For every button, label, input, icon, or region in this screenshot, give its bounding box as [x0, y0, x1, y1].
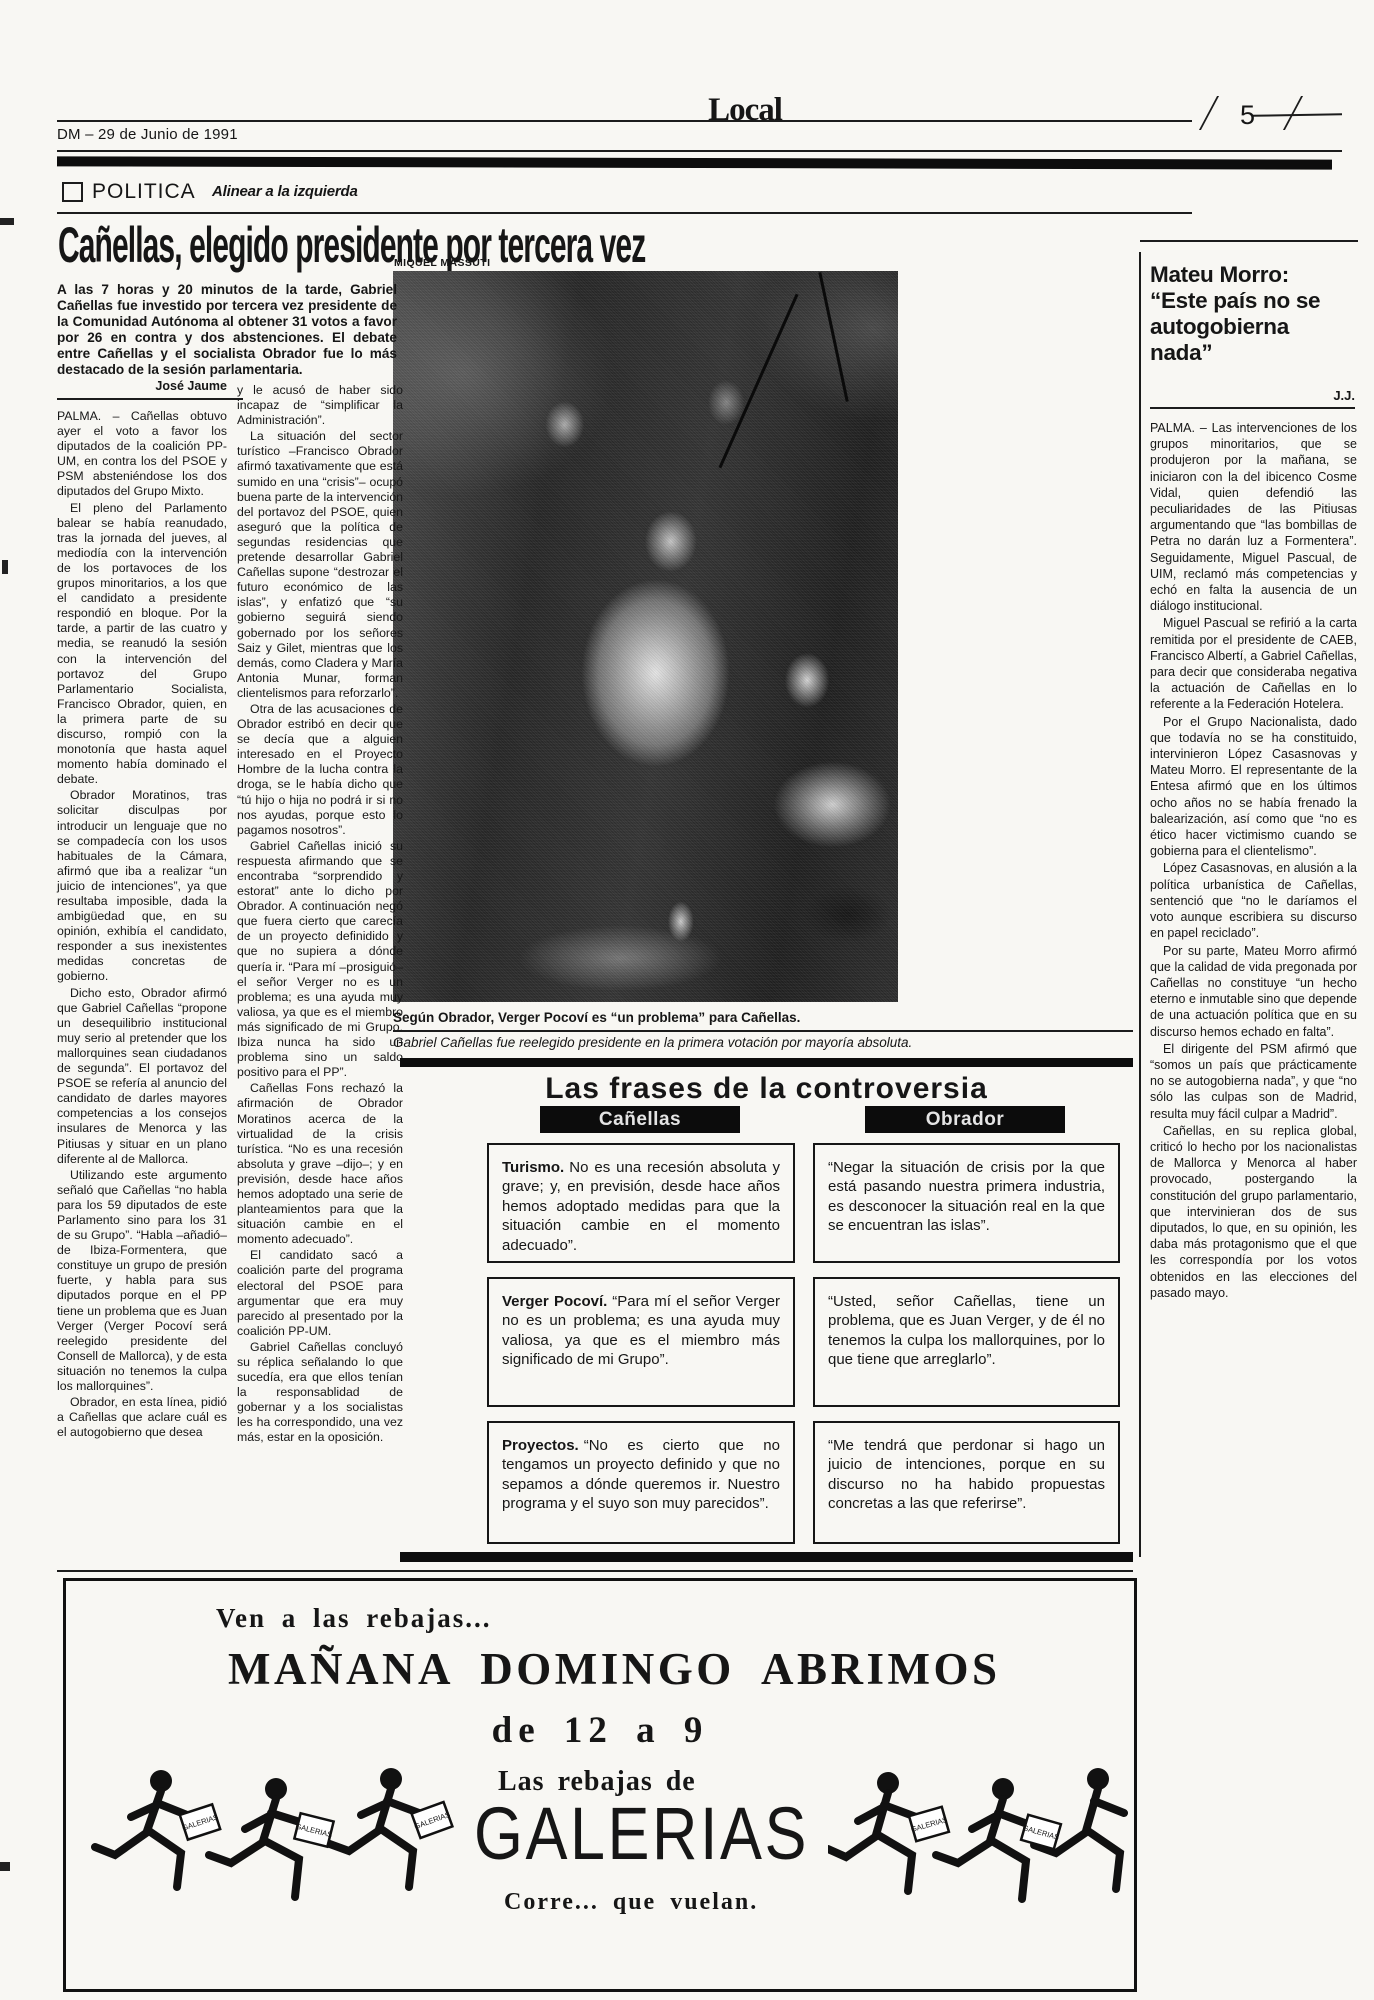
kicker-checkbox	[62, 182, 83, 202]
paragraph: Por el Grupo Nacionalista, dado que toda…	[1150, 714, 1357, 860]
main-headline-text: Cañellas, elegido presidente por tercera…	[58, 216, 645, 274]
header-black-bar	[57, 156, 1332, 169]
frases-top-bar	[400, 1058, 1133, 1067]
label-obrador: Obrador	[865, 1106, 1065, 1133]
side-top-rule	[1140, 240, 1358, 242]
caption-rule	[393, 1030, 1133, 1032]
galerias-ad: Ven a las rebajas... MAÑANA DOMINGO ABRI…	[63, 1578, 1137, 1992]
microphone-boom	[718, 293, 798, 468]
paragraph: El candidato sacó a coalición parte del …	[237, 1248, 403, 1339]
ad-line-3: de 12 a 9	[66, 1709, 1134, 1752]
quote-text: “Usted, señor Cañellas, tiene un problem…	[828, 1293, 1105, 1368]
header-bottom-rule	[57, 150, 1342, 152]
frases-title: Las frases de la controversia	[400, 1072, 1133, 1106]
ad-brand-logo: GALERIAS	[474, 1797, 868, 1871]
paragraph: Obrador Moratinos, tras solicitar discul…	[57, 788, 227, 984]
parliament-photo	[393, 271, 898, 1002]
quote-lead: Verger Pocoví.	[502, 1293, 607, 1310]
quote-box-proyectos: Proyectos.“No es cierto que no tengamos …	[487, 1421, 795, 1544]
ad-line-1: Ven a las rebajas...	[216, 1603, 492, 1634]
side-title: Mateu Morro: “Este país no se autogobier…	[1150, 262, 1346, 366]
section-masthead: Local	[600, 92, 890, 129]
kicker-rule	[57, 212, 1192, 214]
side-byline: J.J.	[1150, 388, 1355, 409]
paragraph: Gabriel Cañellas concluyó su réplica señ…	[237, 1340, 403, 1446]
quote-box-verger: Verger Pocoví.“Para mí el señor Verger n…	[487, 1277, 795, 1407]
paragraph: López Casasnovas, en alusión a la políti…	[1150, 860, 1357, 941]
ad-line-2: MAÑANA DOMINGO ABRIMOS	[228, 1643, 1001, 1695]
quote-box-obrador-1: “Negar la situación de crisis por la que…	[813, 1143, 1120, 1263]
above-ad-rule	[57, 1570, 1133, 1572]
microphone-boom	[819, 272, 849, 401]
ad-tagline: Corre... que vuelan.	[504, 1889, 758, 1916]
scan-artifact	[0, 1862, 10, 1871]
article-column-1: PALMA. – Cañellas obtuvo ayer el voto a …	[57, 409, 227, 1441]
page-corner-slash	[1199, 96, 1219, 130]
paragraph: Miguel Pascual se refirió a la carta rem…	[1150, 615, 1357, 712]
paragraph: Gabriel Cañellas inició su respuesta afi…	[237, 839, 403, 1081]
photo-credit: MIQUEL MASSUTI	[394, 257, 490, 269]
paragraph: El dirigente del PSM afirmó que “somos u…	[1150, 1041, 1357, 1122]
paragraph: y le acusó de haber sido incapaz de “sim…	[237, 383, 403, 428]
paragraph: Otra de las acusaciones de Obrador estri…	[237, 702, 403, 838]
runners-illustration-right: GALERIAS GALERIAS	[828, 1759, 1128, 1929]
kicker-note: Alinear a la izquierda	[212, 183, 358, 200]
quote-lead: Proyectos.	[502, 1437, 579, 1454]
quote-lead: Turismo.	[502, 1159, 564, 1176]
photo-caption-italic: Gabriel Cañellas fue reelegido president…	[393, 1035, 1133, 1050]
page-number: 5	[1240, 100, 1255, 131]
article-lead: A las 7 horas y 20 minutos de la tarde, …	[57, 282, 397, 378]
photo-caption-bold: Según Obrador, Verger Pocoví es “un prob…	[393, 1010, 1133, 1025]
paragraph: Dicho esto, Obrador afirmó que Gabriel C…	[57, 986, 227, 1167]
label-canellas: Cañellas	[540, 1106, 740, 1133]
ad-brand-text: GALERIAS	[474, 1797, 809, 1871]
quote-box-obrador-2: “Usted, señor Cañellas, tiene un problem…	[813, 1277, 1120, 1407]
paragraph: Utilizando este argumento señaló que Cañ…	[57, 1168, 227, 1394]
main-headline: Cañellas, elegido presidente por tercera…	[58, 216, 1037, 274]
quote-box-turismo: Turismo.No es una recesión absoluta y gr…	[487, 1143, 795, 1263]
newspaper-page: DM – 29 de Junio de 1991 Local 5 POLITIC…	[0, 0, 1374, 2000]
side-article-body: PALMA. – Las intervenciones de los grupo…	[1150, 420, 1357, 1302]
paragraph: Por su parte, Mateu Morro afirmó que la …	[1150, 943, 1357, 1040]
kicker-section: POLITICA	[92, 180, 196, 204]
scan-artifact	[2, 560, 8, 574]
side-divider	[1139, 252, 1141, 1557]
article-column-2: y le acusó de haber sido incapaz de “sim…	[237, 383, 403, 1447]
paragraph: El pleno del Parlamento balear se había …	[57, 501, 227, 788]
scan-artifact	[0, 218, 14, 225]
paragraph: PALMA. – Las intervenciones de los grupo…	[1150, 420, 1357, 614]
paragraph: PALMA. – Cañellas obtuvo ayer el voto a …	[57, 409, 227, 500]
quote-text: “Me tendrá que perdonar si hago un juici…	[828, 1437, 1105, 1512]
paragraph: La situación del sector turístico –Franc…	[237, 429, 403, 701]
header-top-rule-right	[1252, 113, 1342, 117]
paragraph: Cañellas, en su replica global, criticó …	[1150, 1123, 1357, 1301]
article-byline: José Jaume	[57, 379, 243, 400]
runners-illustration-left: GALERIAS GALERIAS GALERIAS	[91, 1759, 461, 1929]
edition-date: DM – 29 de Junio de 1991	[57, 126, 238, 143]
frases-bottom-bar	[400, 1552, 1133, 1562]
quote-box-obrador-3: “Me tendrá que perdonar si hago un juici…	[813, 1421, 1120, 1544]
paragraph: Cañellas Fons rechazó la afirmación de O…	[237, 1081, 403, 1247]
quote-text: “Negar la situación de crisis por la que…	[828, 1159, 1105, 1234]
paragraph: Obrador, en esta línea, pidió a Cañellas…	[57, 1395, 227, 1440]
